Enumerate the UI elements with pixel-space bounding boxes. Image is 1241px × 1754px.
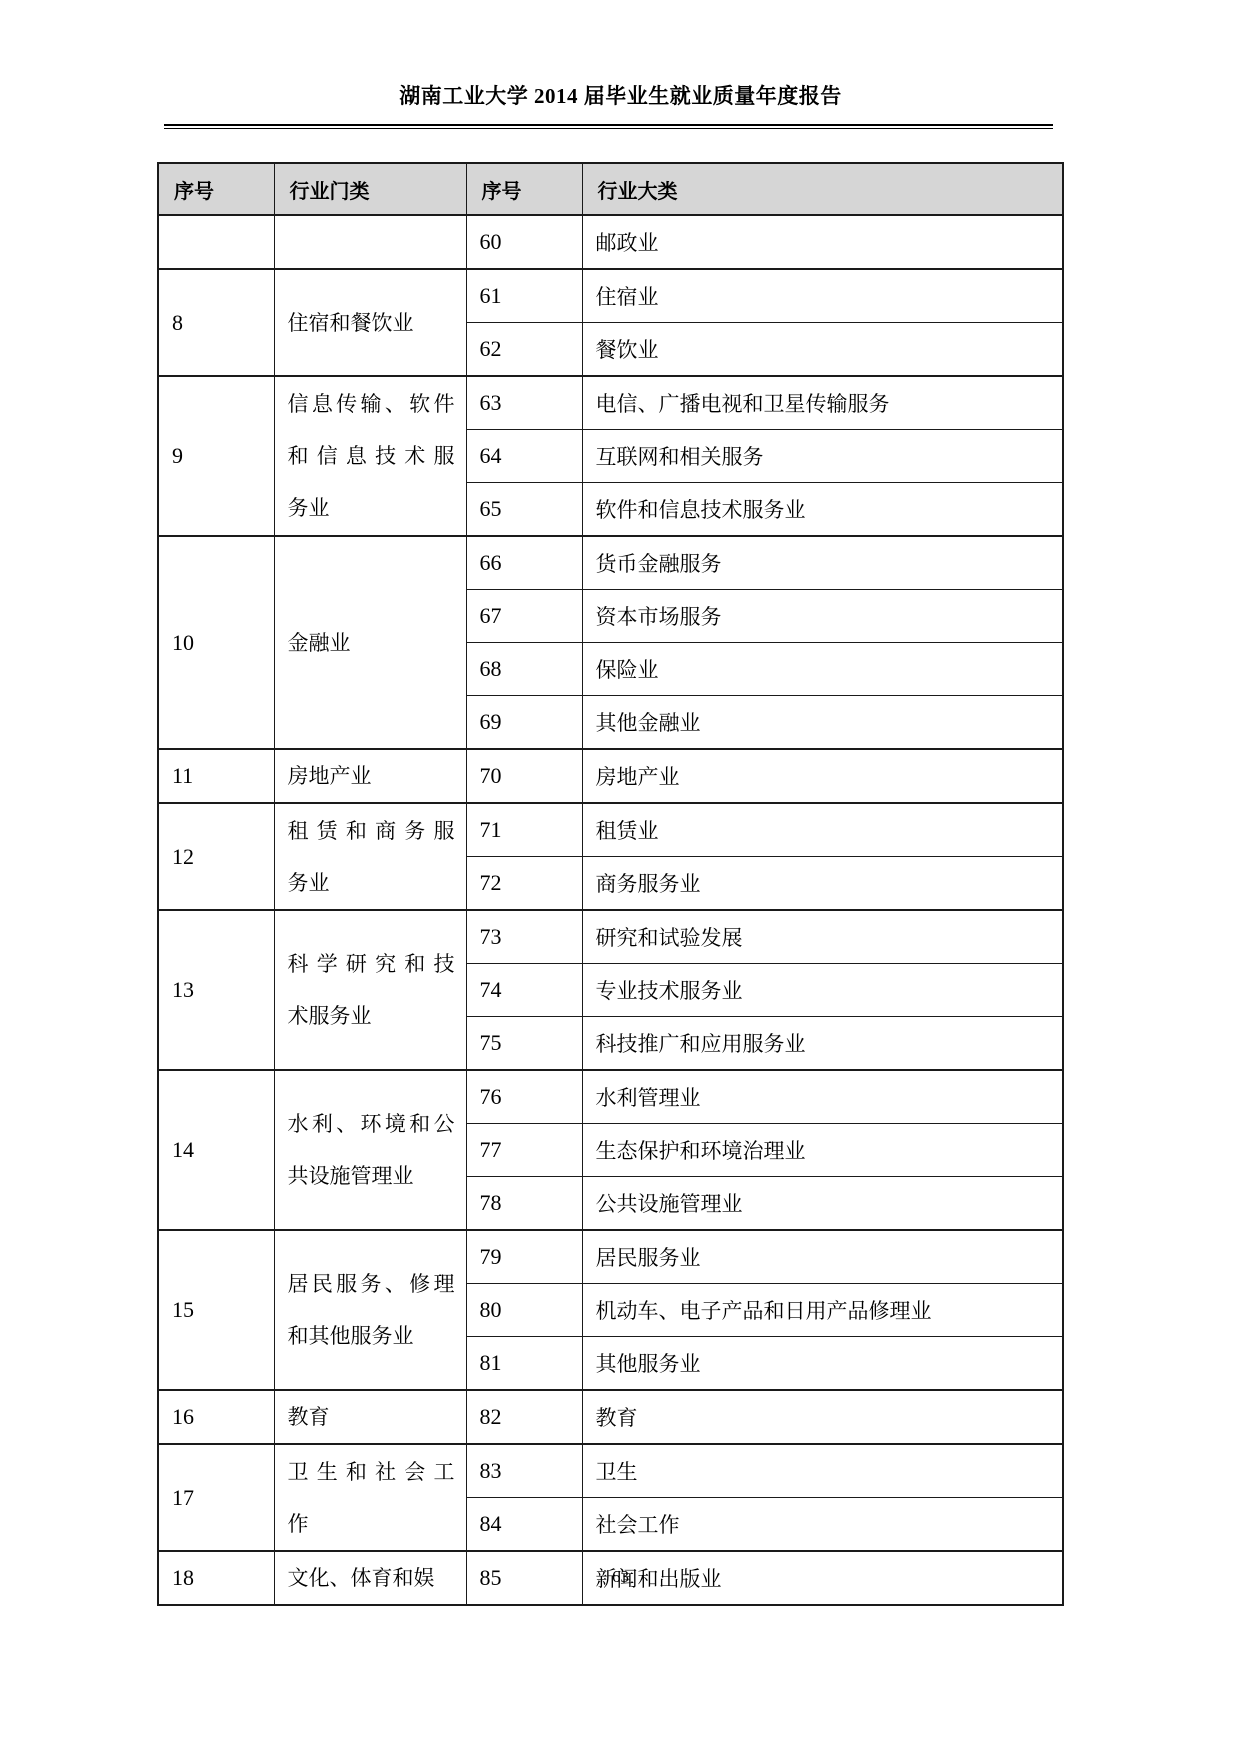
code-cell: 79 — [466, 1230, 582, 1284]
industry-cell: 租赁业 — [582, 803, 1063, 857]
industry-classification-table: 序号 行业门类 序号 行业大类 60 邮政业 8 住宿和餐饮业 61 住宿业 6… — [157, 162, 1064, 1606]
code-cell: 62 — [466, 323, 582, 377]
table-row: 12 租赁和商务服务业 71 租赁业 — [158, 803, 1063, 857]
table-header-row: 序号 行业门类 序号 行业大类 — [158, 163, 1063, 215]
code-cell: 76 — [466, 1070, 582, 1124]
serial-cell: 14 — [158, 1070, 274, 1230]
col-header-major-class: 行业大类 — [582, 163, 1063, 215]
serial-cell — [158, 215, 274, 269]
serial-cell: 10 — [158, 536, 274, 749]
industry-cell: 水利管理业 — [582, 1070, 1063, 1124]
code-cell: 75 — [466, 1017, 582, 1071]
industry-cell: 电信、广播电视和卫星传输服务 — [582, 376, 1063, 430]
code-cell: 74 — [466, 964, 582, 1017]
industry-cell: 卫生 — [582, 1444, 1063, 1498]
industry-cell: 商务服务业 — [582, 857, 1063, 911]
code-cell: 67 — [466, 590, 582, 643]
serial-cell: 16 — [158, 1390, 274, 1444]
code-cell: 80 — [466, 1284, 582, 1337]
category-cell: 科学研究和技术服务业 — [274, 910, 466, 1070]
code-cell: 71 — [466, 803, 582, 857]
table-row: 15 居民服务、修理和其他服务业 79 居民服务业 — [158, 1230, 1063, 1284]
table-row: 11 房地产业 70 房地产业 — [158, 749, 1063, 803]
serial-cell: 13 — [158, 910, 274, 1070]
category-cell: 卫生和社会工作 — [274, 1444, 466, 1551]
category-cell: 金融业 — [274, 536, 466, 749]
industry-cell: 其他金融业 — [582, 696, 1063, 750]
industry-cell: 资本市场服务 — [582, 590, 1063, 643]
industry-cell: 房地产业 — [582, 749, 1063, 803]
industry-cell: 互联网和相关服务 — [582, 430, 1063, 483]
category-cell: 房地产业 — [274, 749, 466, 803]
industry-cell: 社会工作 — [582, 1498, 1063, 1552]
code-cell: 81 — [466, 1337, 582, 1391]
category-cell: 教育 — [274, 1390, 466, 1444]
industry-cell: 货币金融服务 — [582, 536, 1063, 590]
industry-cell: 专业技术服务业 — [582, 964, 1063, 1017]
industry-cell: 保险业 — [582, 643, 1063, 696]
code-cell: 61 — [466, 269, 582, 323]
industry-cell: 教育 — [582, 1390, 1063, 1444]
serial-cell: 17 — [158, 1444, 274, 1551]
serial-cell: 15 — [158, 1230, 274, 1390]
category-cell — [274, 215, 466, 269]
code-cell: 73 — [466, 910, 582, 964]
table-row: 9 信息传输、软件和信息技术服务业 63 电信、广播电视和卫星传输服务 — [158, 376, 1063, 430]
industry-cell: 餐饮业 — [582, 323, 1063, 377]
industry-cell: 软件和信息技术服务业 — [582, 483, 1063, 537]
industry-cell: 研究和试验发展 — [582, 910, 1063, 964]
code-cell: 70 — [466, 749, 582, 803]
col-header-category: 行业门类 — [274, 163, 466, 215]
page-header-title: 湖南工业大学 2014 届毕业生就业质量年度报告 — [0, 80, 1241, 110]
table-row: 16 教育 82 教育 — [158, 1390, 1063, 1444]
code-cell: 66 — [466, 536, 582, 590]
serial-cell: 8 — [158, 269, 274, 376]
category-cell: 信息传输、软件和信息技术服务业 — [274, 376, 466, 536]
code-cell: 78 — [466, 1177, 582, 1231]
code-cell: 60 — [466, 215, 582, 269]
col-header-serial-2: 序号 — [466, 163, 582, 215]
industry-cell: 公共设施管理业 — [582, 1177, 1063, 1231]
category-cell: 住宿和餐饮业 — [274, 269, 466, 376]
code-cell: 82 — [466, 1390, 582, 1444]
code-cell: 72 — [466, 857, 582, 911]
category-cell: 水利、环境和公共设施管理业 — [274, 1070, 466, 1230]
industry-cell: 科技推广和应用服务业 — [582, 1017, 1063, 1071]
page-number: 63 — [0, 1567, 1241, 1587]
industry-cell: 居民服务业 — [582, 1230, 1063, 1284]
code-cell: 68 — [466, 643, 582, 696]
category-cell: 居民服务、修理和其他服务业 — [274, 1230, 466, 1390]
table-row: 14 水利、环境和公共设施管理业 76 水利管理业 — [158, 1070, 1063, 1124]
code-cell: 65 — [466, 483, 582, 537]
serial-cell: 11 — [158, 749, 274, 803]
table-row: 60 邮政业 — [158, 215, 1063, 269]
col-header-serial-1: 序号 — [158, 163, 274, 215]
serial-cell: 12 — [158, 803, 274, 910]
report-page: { "page": { "header_title": "湖南工业大学 2014… — [0, 0, 1241, 1754]
industry-cell: 生态保护和环境治理业 — [582, 1124, 1063, 1177]
serial-cell: 9 — [158, 376, 274, 536]
code-cell: 64 — [466, 430, 582, 483]
table-row: 10 金融业 66 货币金融服务 — [158, 536, 1063, 590]
code-cell: 69 — [466, 696, 582, 750]
table-row: 8 住宿和餐饮业 61 住宿业 — [158, 269, 1063, 323]
code-cell: 83 — [466, 1444, 582, 1498]
header-divider — [164, 124, 1053, 129]
industry-cell: 机动车、电子产品和日用产品修理业 — [582, 1284, 1063, 1337]
category-cell: 租赁和商务服务业 — [274, 803, 466, 910]
industry-cell: 其他服务业 — [582, 1337, 1063, 1391]
table-row: 13 科学研究和技术服务业 73 研究和试验发展 — [158, 910, 1063, 964]
industry-cell: 邮政业 — [582, 215, 1063, 269]
code-cell: 84 — [466, 1498, 582, 1552]
table-row: 17 卫生和社会工作 83 卫生 — [158, 1444, 1063, 1498]
industry-cell: 住宿业 — [582, 269, 1063, 323]
code-cell: 77 — [466, 1124, 582, 1177]
code-cell: 63 — [466, 376, 582, 430]
